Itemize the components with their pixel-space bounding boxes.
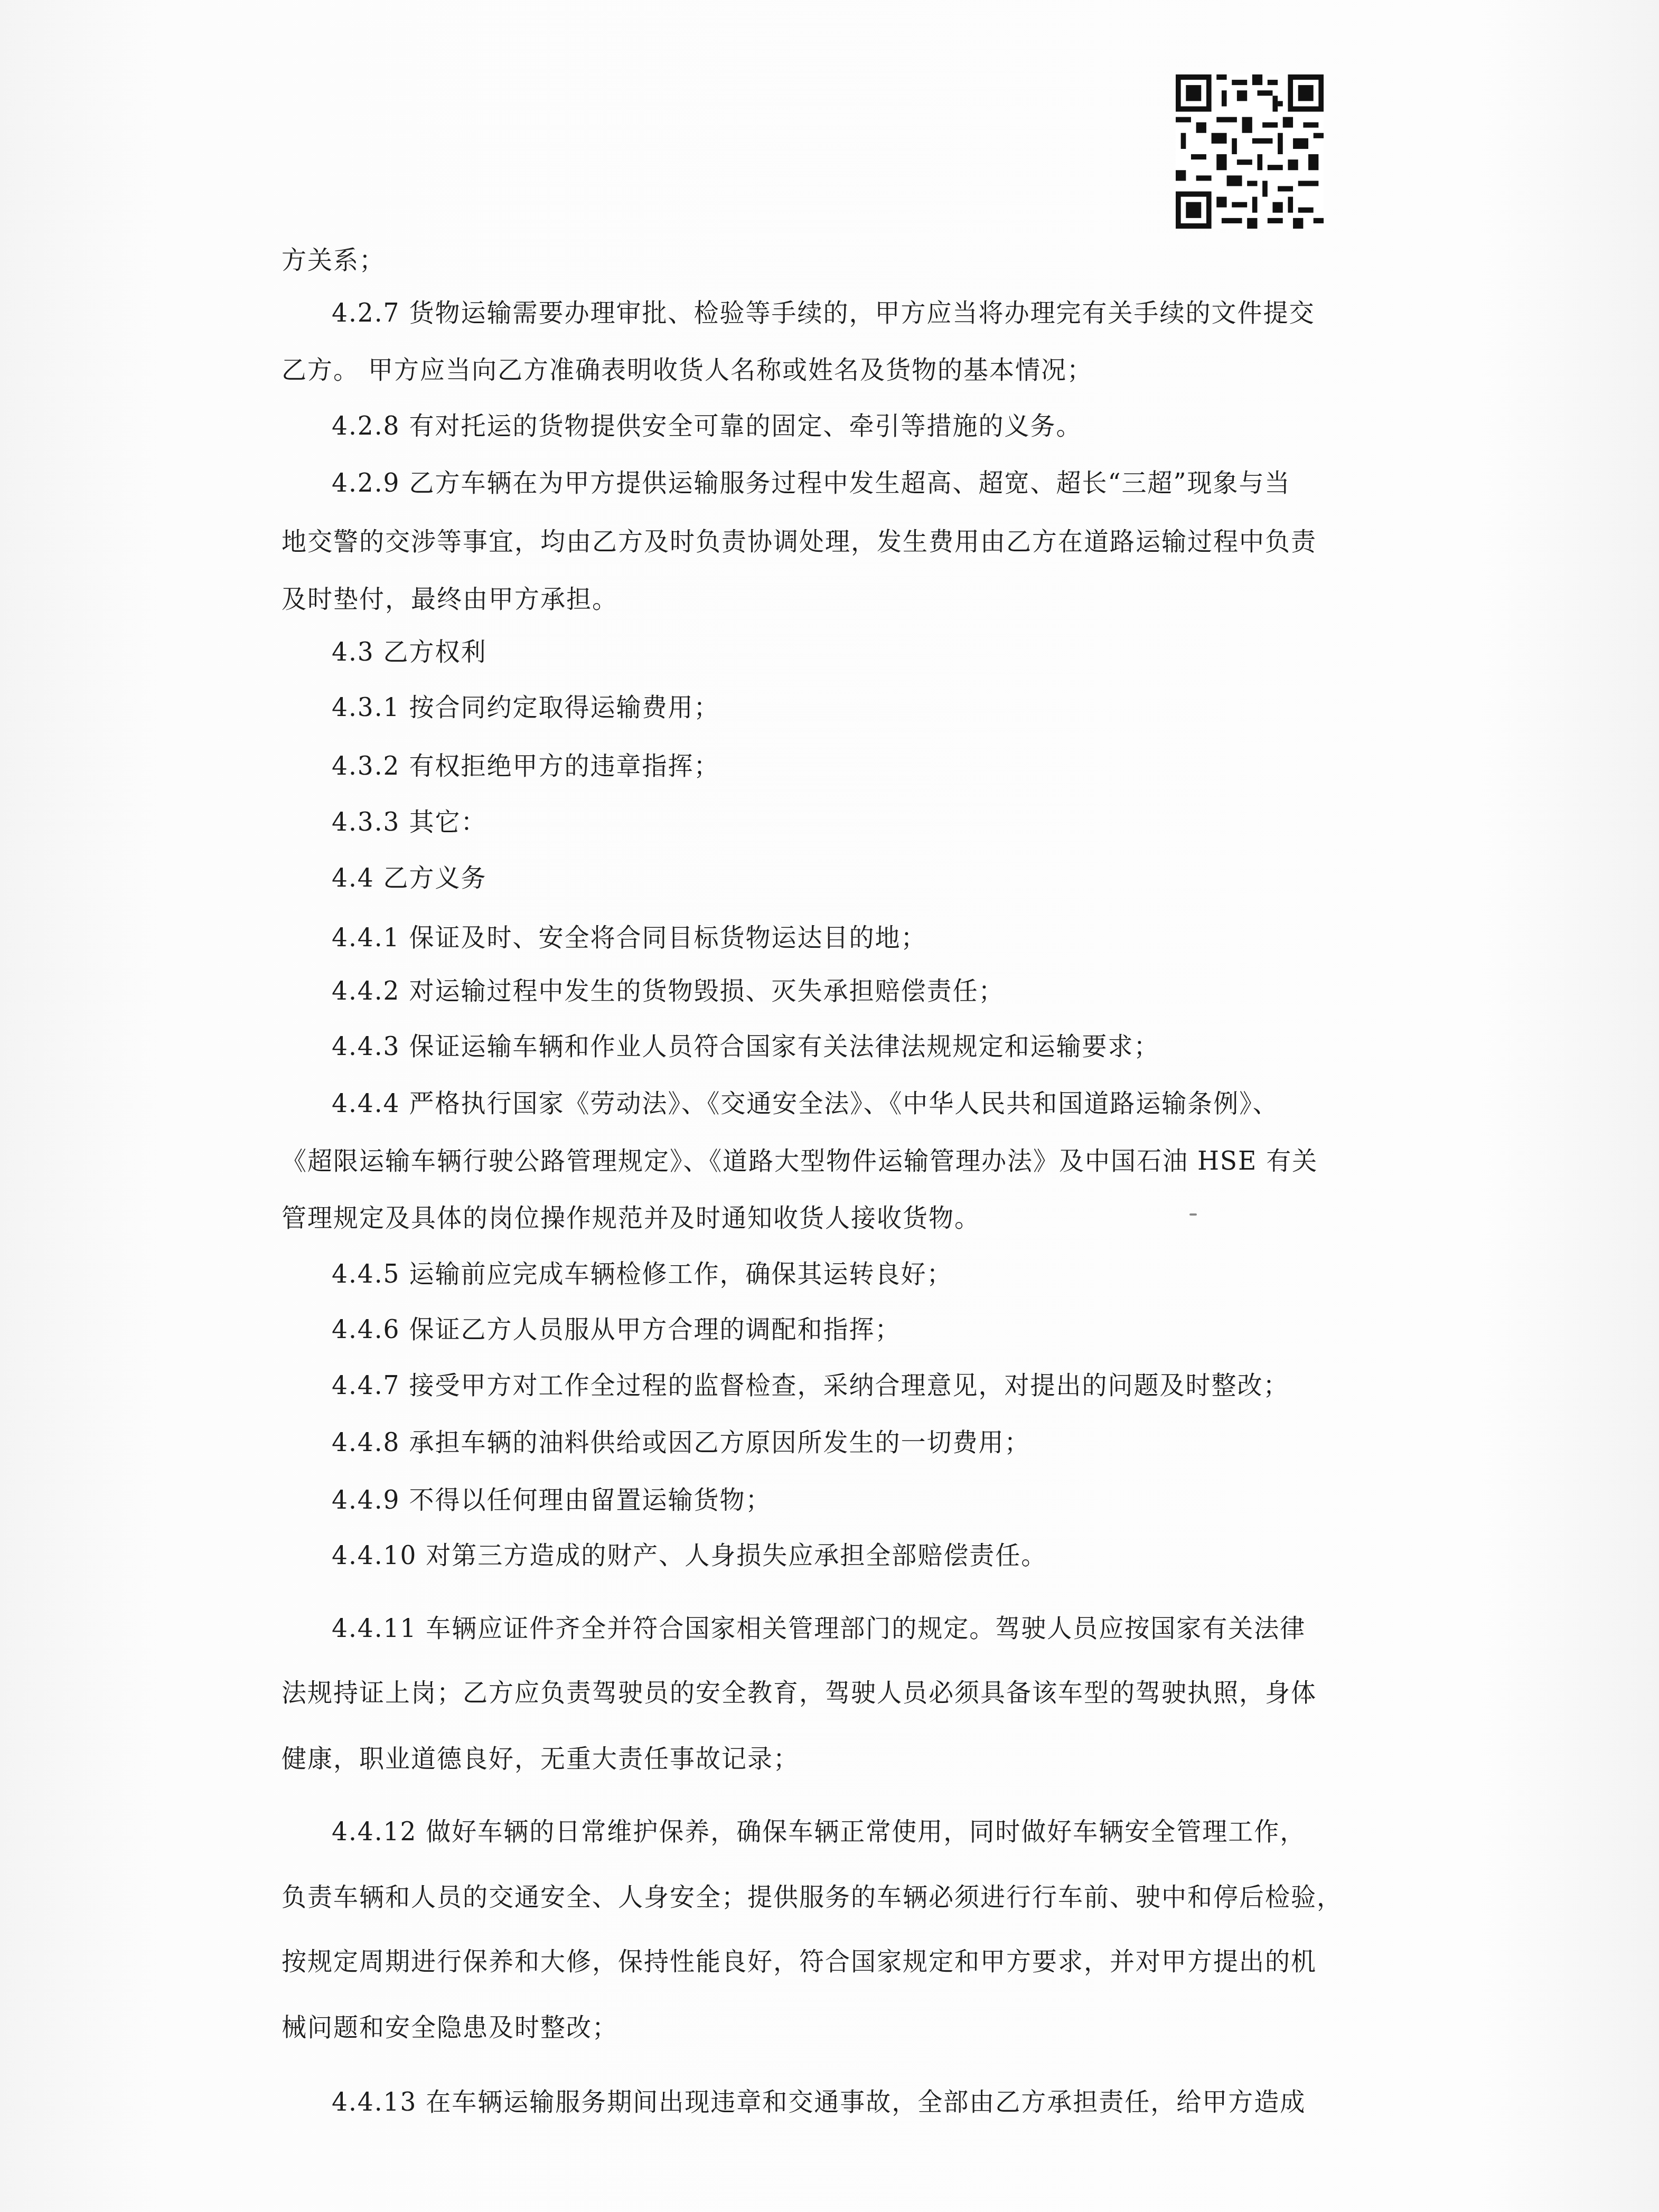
text-line: 负责车辆和人员的交通安全、人身安全；提供服务的车辆必须进行行车前、驶中和停后检验… [282,1882,1343,1912]
text-line: 法规持证上岗；乙方应负责驾驶员的安全教育，驾驶人员必须具备该车型的驾驶执照，身体 [282,1678,1317,1708]
text-line: 4.3.3 其它： [332,807,486,837]
text-line: 4.4.9 不得以任何理由留置运输货物； [332,1485,771,1515]
text-line: 4.3.1 按合同约定取得运输费用； [332,693,719,722]
text-line: 《超限运输车辆行驶公路管理规定》、《道路大型物件运输管理办法》及中国石油 HSE… [282,1146,1318,1176]
text-line: 4.4.6 保证乙方人员服从甲方合理的调配和指挥； [332,1315,901,1344]
text-line: 及时垫付，最终由甲方承担。 [282,585,618,614]
scan-speck [1189,1213,1197,1216]
text-line: 管理规定及具体的岗位操作规范并及时通知收货人接收货物。 [282,1203,980,1233]
text-line: 健康，职业道德良好，无重大责任事故记录； [282,1744,799,1774]
document-page: 方关系；4.2.7 货物运输需要办理审批、检验等手续的，甲方应当将办理完有关手续… [0,0,1659,2212]
text-line: 地交警的交涉等事宜，均由乙方及时负责协调处理，发生费用由乙方在道路运输过程中负责 [282,527,1317,557]
text-line: 按规定周期进行保养和大修，保持性能良好，符合国家规定和甲方要求，并对甲方提出的机 [282,1947,1317,1976]
text-line: 4.3.2 有权拒绝甲方的违章指挥； [332,751,719,781]
text-line: 4.4.5 运输前应完成车辆检修工作，确保其运转良好； [332,1259,952,1289]
text-line: 械问题和安全隐患及时整改； [282,2013,618,2042]
text-line: 4.4.10 对第三方造成的财产、人身损失应承担全部赔偿责任。 [332,1541,1047,1570]
text-line: 4.4.11 车辆应证件齐全并符合国家相关管理部门的规定。驾驶人员应按国家有关法… [332,1614,1306,1643]
text-line: 4.4 乙方义务 [332,863,487,893]
text-line: 4.4.1 保证及时、安全将合同目标货物运达目的地； [332,923,926,953]
text-line: 4.4.12 做好车辆的日常维护保养，确保车辆正常使用，同时做好车辆安全管理工作… [332,1817,1306,1847]
text-line: 方关系； [282,246,385,275]
text-line: 4.2.7 货物运输需要办理审批、检验等手续的，甲方应当将办理完有关手续的文件提… [332,298,1315,328]
text-line: 4.4.8 承担车辆的油料供给或因乙方原因所发生的一切费用； [332,1428,1030,1457]
text-line: 4.2.9 乙方车辆在为甲方提供运输服务过程中发生超高、超宽、超长“三超”现象与… [332,468,1290,498]
text-line: 4.3 乙方权利 [332,637,487,667]
text-line: 乙方。 甲方应当向乙方准确表明收货人名称或姓名及货物的基本情况； [282,355,1093,385]
text-line: 4.4.13 在车辆运输服务期间出现违章和交通事故，全部由乙方承担责任，给甲方造… [332,2087,1306,2117]
qr-code-icon [1176,74,1324,229]
text-line: 4.4.7 接受甲方对工作全过程的监督检查，采纳合理意见，对提出的问题及时整改； [332,1371,1289,1400]
text-line: 4.4.3 保证运输车辆和作业人员符合国家有关法律法规规定和运输要求； [332,1032,1159,1061]
text-line: 4.4.2 对运输过程中发生的货物毁损、灭失承担赔偿责任； [332,976,1004,1006]
text-line: 4.4.4 严格执行国家《劳动法》、《交通安全法》、《中华人民共和国道路运输条例… [332,1089,1279,1118]
text-line: 4.2.8 有对托运的货物提供安全可靠的固定、牵引等措施的义务。 [332,411,1082,441]
